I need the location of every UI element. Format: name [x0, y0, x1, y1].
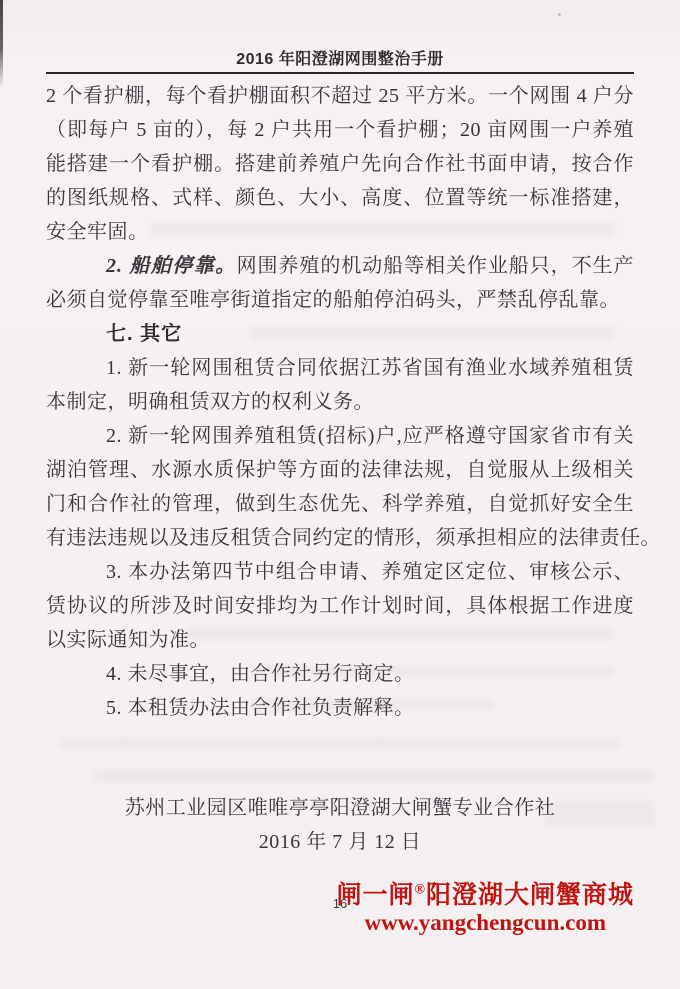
signature-date: 2016 年 7 月 12 日: [46, 825, 634, 859]
scan-edge-artifact: [0, 0, 3, 88]
body-line: 湖泊管理、水源水质保护等方面的法律法规，自觉服从上级相关管理部: [46, 453, 634, 487]
body-line-item-start: 3. 本办法第四节中组合申请、养殖定区定位、审核公示、签订新租: [46, 555, 634, 589]
body-line: 有违法违规以及违反租赁合同约定的情形，须承担相应的法律责任。: [46, 521, 634, 555]
document-body: 2 个看护棚，每个看护棚面积不超过 25 平方米。一个网围 4 户分养的 （即每…: [46, 79, 634, 725]
closing-block: 苏州工业园区唯唯亭亭阳澄湖大闸蟹专业合作社 2016 年 7 月 12 日: [46, 791, 634, 859]
body-line-item-start: 1. 新一轮网围租赁合同依据江苏省国有渔业水域养殖租赁合同文: [46, 351, 634, 385]
document-title: 2016 年阳澄湖网围整治手册: [236, 46, 444, 69]
signature-organization: 苏州工业园区唯唯亭亭阳澄湖大闸蟹专业合作社: [46, 791, 634, 825]
document-header: 2016 年阳澄湖网围整治手册: [46, 0, 634, 74]
registered-trademark-icon: ®: [415, 883, 426, 898]
bleed-through-artifact: [95, 769, 655, 783]
body-line: 的图纸规格、式样、颜色、大小、高度、位置等统一标准搭建，且确保: [46, 181, 634, 215]
body-line: 门和合作社的管理，做到生态优先、科学养殖，自觉抓好安全生产。如: [46, 487, 634, 521]
watermark-brand-line: 闸一闸®阳澄湖大闸蟹商城: [337, 883, 635, 908]
body-line: 必须自觉停靠至唯亭街道指定的船舶停泊码头，严禁乱停乱靠。: [46, 283, 634, 317]
body-line-item-start: 4. 未尽事宜，由合作社另行商定。: [46, 657, 634, 691]
paragraph-lead-bold: 2. 船舶停靠。: [106, 255, 237, 277]
section-heading: 七. 其它: [46, 317, 634, 351]
body-line-item-start: 2. 新一轮网围养殖租赁(招标)户,应严格遵守国家省市有关渔业、: [46, 419, 634, 453]
scanned-document-page: 2016 年阳澄湖网围整治手册 2 个看护棚，每个看护棚面积不超过 25 平方米…: [0, 0, 680, 989]
bleed-through-artifact: [60, 737, 620, 750]
body-line: （即每户 5 亩的），每 2 户共用一个看护棚；20 亩网围一户养殖的，只: [46, 113, 634, 147]
body-line: 赁协议的所涉及时间安排均为工作计划时间，具体根据工作进度而定，: [46, 589, 634, 623]
body-line: 安全牢固。: [46, 215, 634, 249]
body-line: 2 个看护棚，每个看护棚面积不超过 25 平方米。一个网围 4 户分养的: [46, 79, 634, 113]
body-line: 以实际通知为准。: [46, 623, 634, 657]
watermark-brand-suffix: 阳澄湖大闸蟹商城: [426, 882, 634, 909]
body-line-item-start: 5. 本租赁办法由合作社负责解释。: [46, 691, 634, 725]
shop-watermark: 闸一闸®阳澄湖大闸蟹商城 www.yangchengcun.com: [337, 883, 635, 934]
watermark-url: www.yangchengcun.com: [337, 911, 635, 934]
body-line-paragraph-start: 2. 船舶停靠。网围养殖的机动船等相关作业船只，不生产作业时: [46, 249, 634, 283]
body-line: 能搭建一个看护棚。搭建前养殖户先向合作社书面申请，按合作社提供: [46, 147, 634, 181]
watermark-brand-prefix: 闸一闸: [337, 882, 415, 909]
body-line: 本制定，明确租赁双方的权利义务。: [46, 385, 634, 419]
